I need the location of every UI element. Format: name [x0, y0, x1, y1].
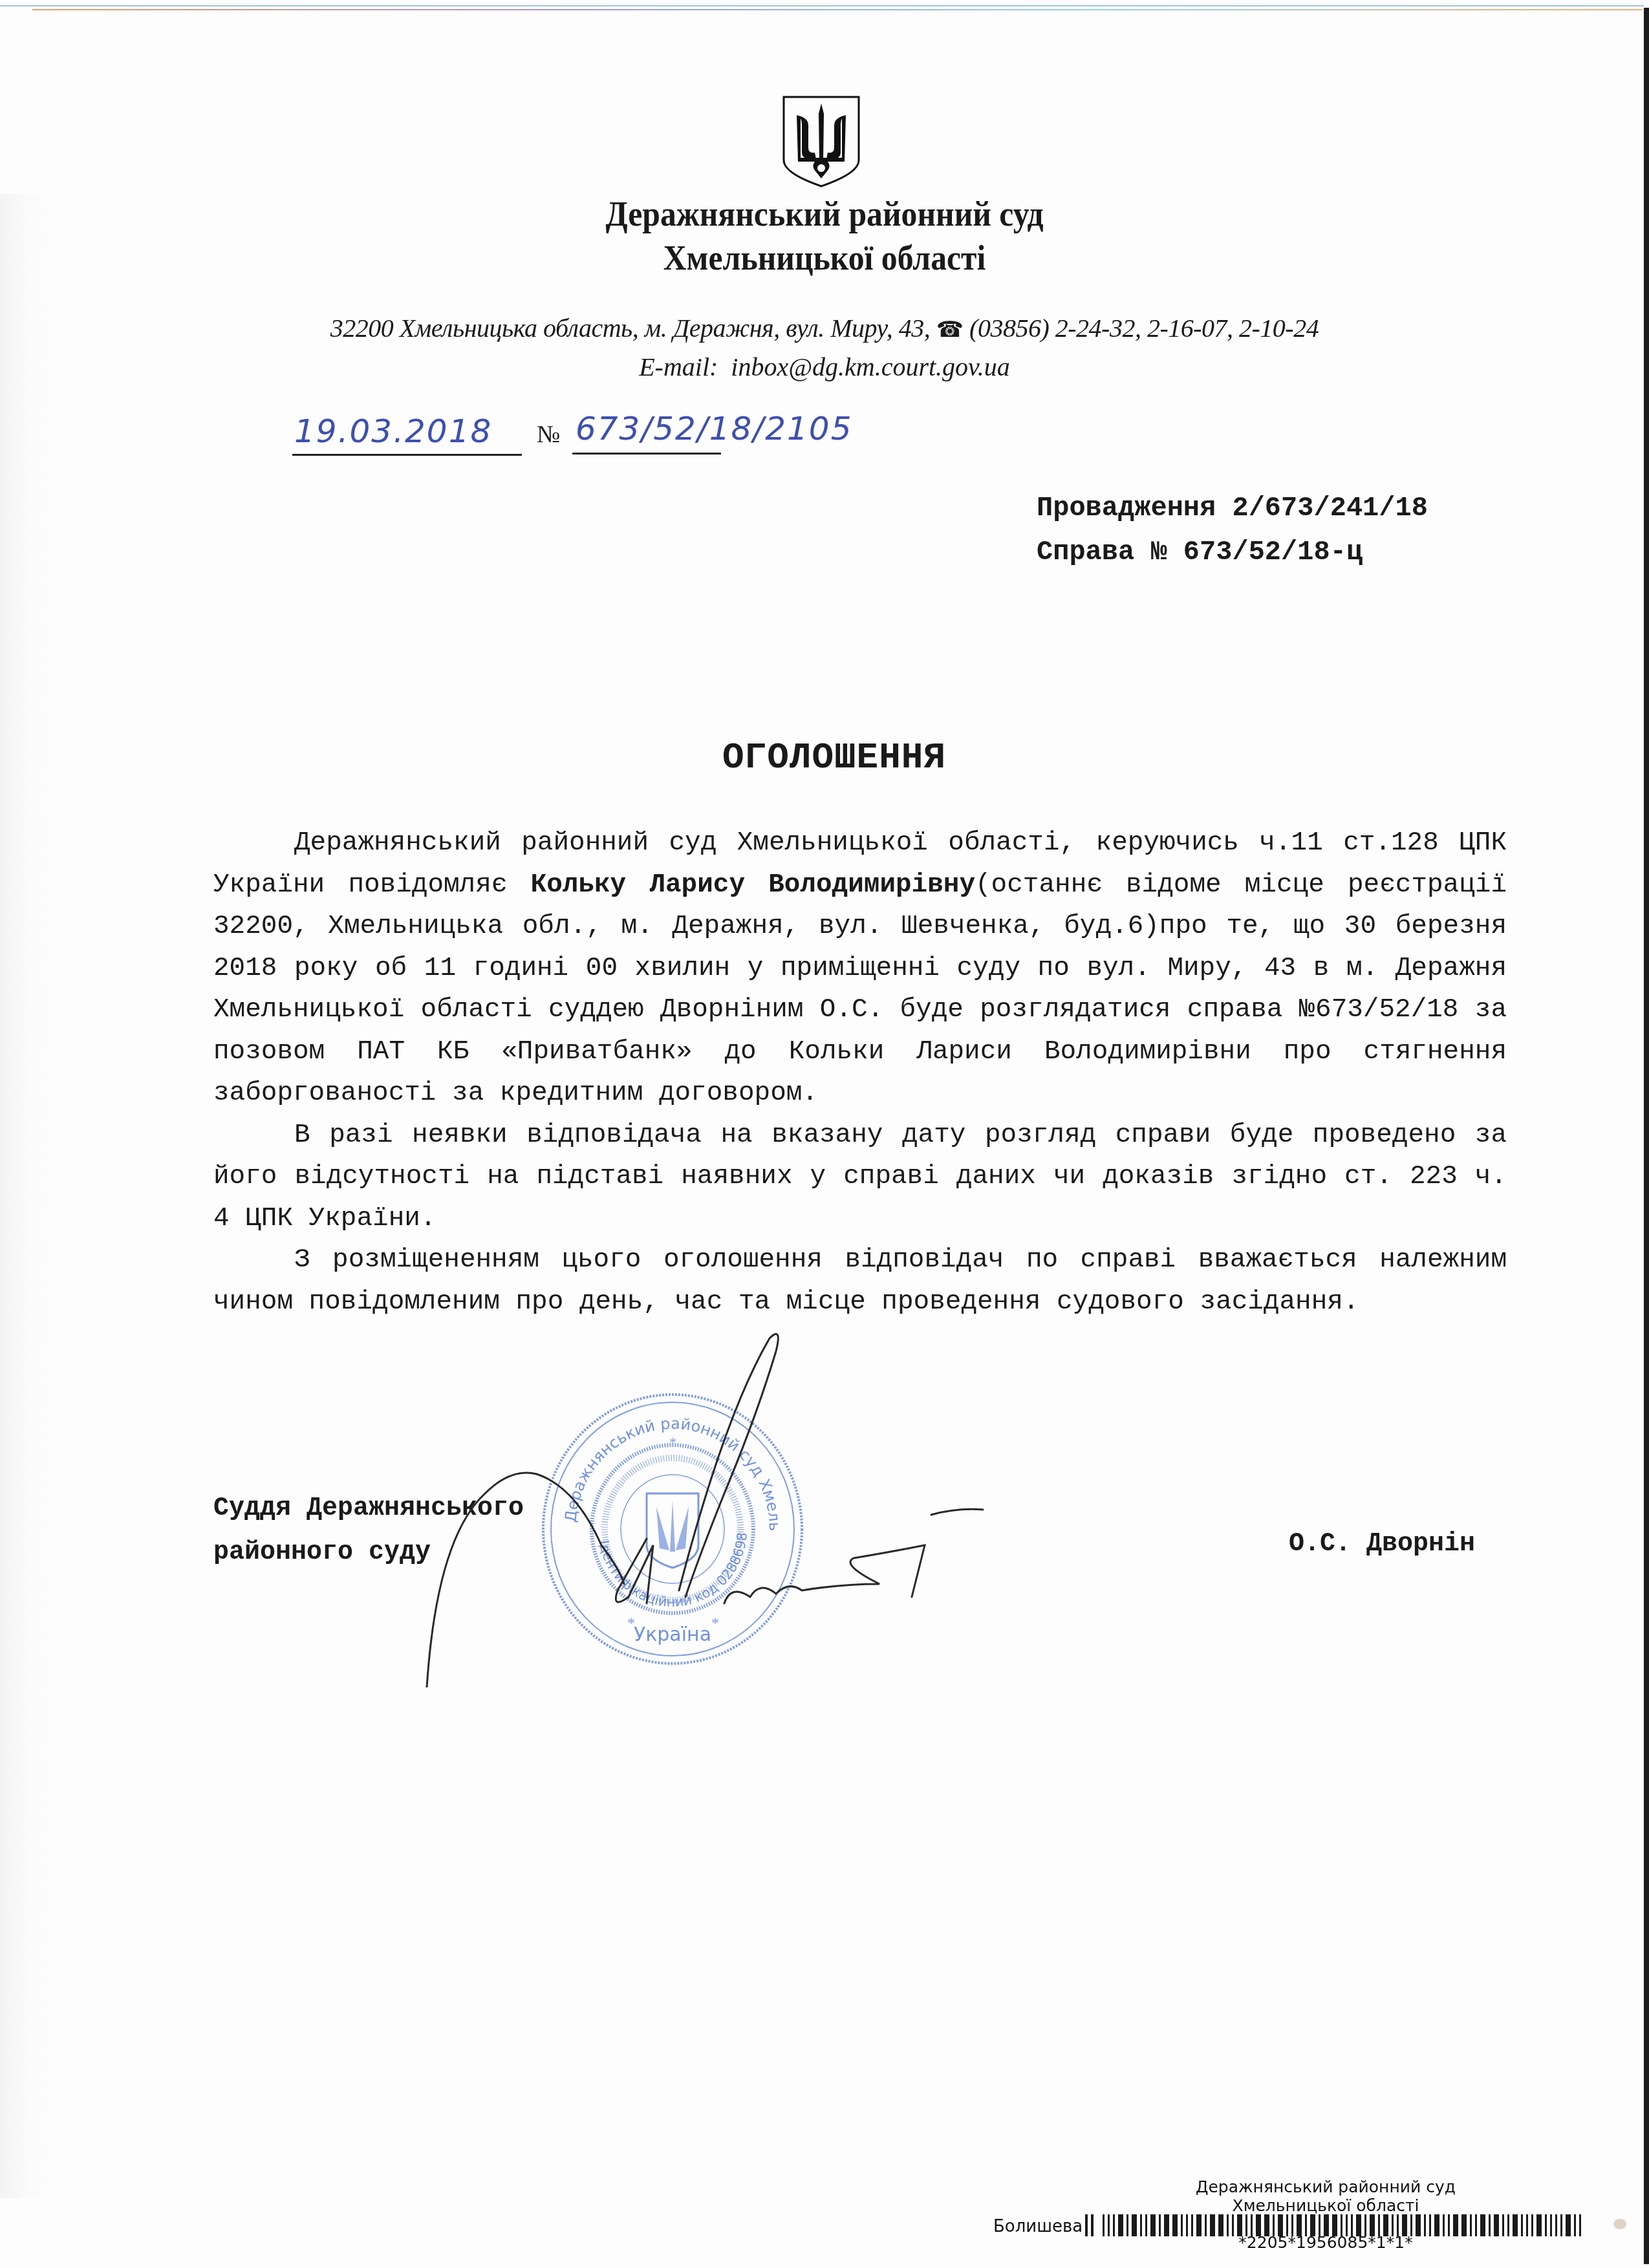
court-name-line1: Деражнянський районний суд — [66, 194, 1583, 234]
number-underline — [572, 453, 721, 455]
scan-left-shading — [0, 194, 71, 2198]
footer-court-name: Деражнянський районний суд Хмельницької … — [1035, 2177, 1617, 2215]
phone-numbers: (03856) 2-24-32, 2-16-07, 2-10-24 — [969, 314, 1319, 343]
email-label: E-mail: — [639, 352, 718, 381]
footer-court-line1: Деражнянський районний суд — [1035, 2177, 1617, 2196]
announcement-body: Деражнянський районний суд Хмельницької … — [213, 822, 1507, 1323]
paragraph-1-details: (останнє відоме місце реєстрації 32200, … — [213, 870, 1507, 1109]
defendant-name: Кольку Ларису Володимирівну — [531, 870, 975, 900]
email-address: inbox@dg.km.court.gov.ua — [731, 352, 1010, 381]
date-underline — [292, 454, 522, 456]
scan-top-edge-color — [32, 9, 1643, 10]
proceeding-number: Провадження 2/673/241/18 — [1037, 493, 1428, 524]
case-number: Справа № 673/52/18-ц — [1037, 537, 1363, 568]
court-name-line2: Хмельницької області — [66, 238, 1583, 278]
outgoing-number: 673/52/18/2105 — [576, 410, 852, 447]
address-text: 32200 Хмельницька область, м. Деражня, в… — [330, 314, 930, 343]
judge-signature-icon — [388, 1325, 1132, 1687]
paragraph-2: В разі неявки відповідача на вказану дат… — [213, 1115, 1507, 1240]
barcode-number: *2205*1956085*1*1* — [1035, 2233, 1617, 2252]
court-address: 32200 Хмельницька область, м. Деражня, в… — [0, 313, 1649, 343]
judge-name: О.С. Дворнін — [1289, 1530, 1475, 1559]
scan-top-edge — [0, 5, 1644, 6]
ukraine-trident-emblem-icon — [782, 96, 860, 187]
paragraph-3: З розміщененням цього оголошення відпові… — [213, 1239, 1507, 1323]
scan-smudge — [1613, 2219, 1626, 2229]
document-page: Деражнянський районний суд Хмельницької … — [0, 0, 1649, 2268]
paragraph-1: Деражнянський районний суд Хмельницької … — [213, 822, 1507, 1115]
phone-icon: ☎ — [936, 317, 964, 343]
outgoing-date: 19.03.2018 — [294, 412, 492, 450]
number-sign: № — [537, 420, 560, 449]
court-email: E-mail: inbox@dg.km.court.gov.ua — [0, 352, 1649, 382]
document-title: ОГОЛОШЕННЯ — [0, 737, 1649, 778]
scan-right-edge — [1644, 8, 1649, 2264]
footer-court-line2: Хмельницької області — [1035, 2196, 1617, 2215]
